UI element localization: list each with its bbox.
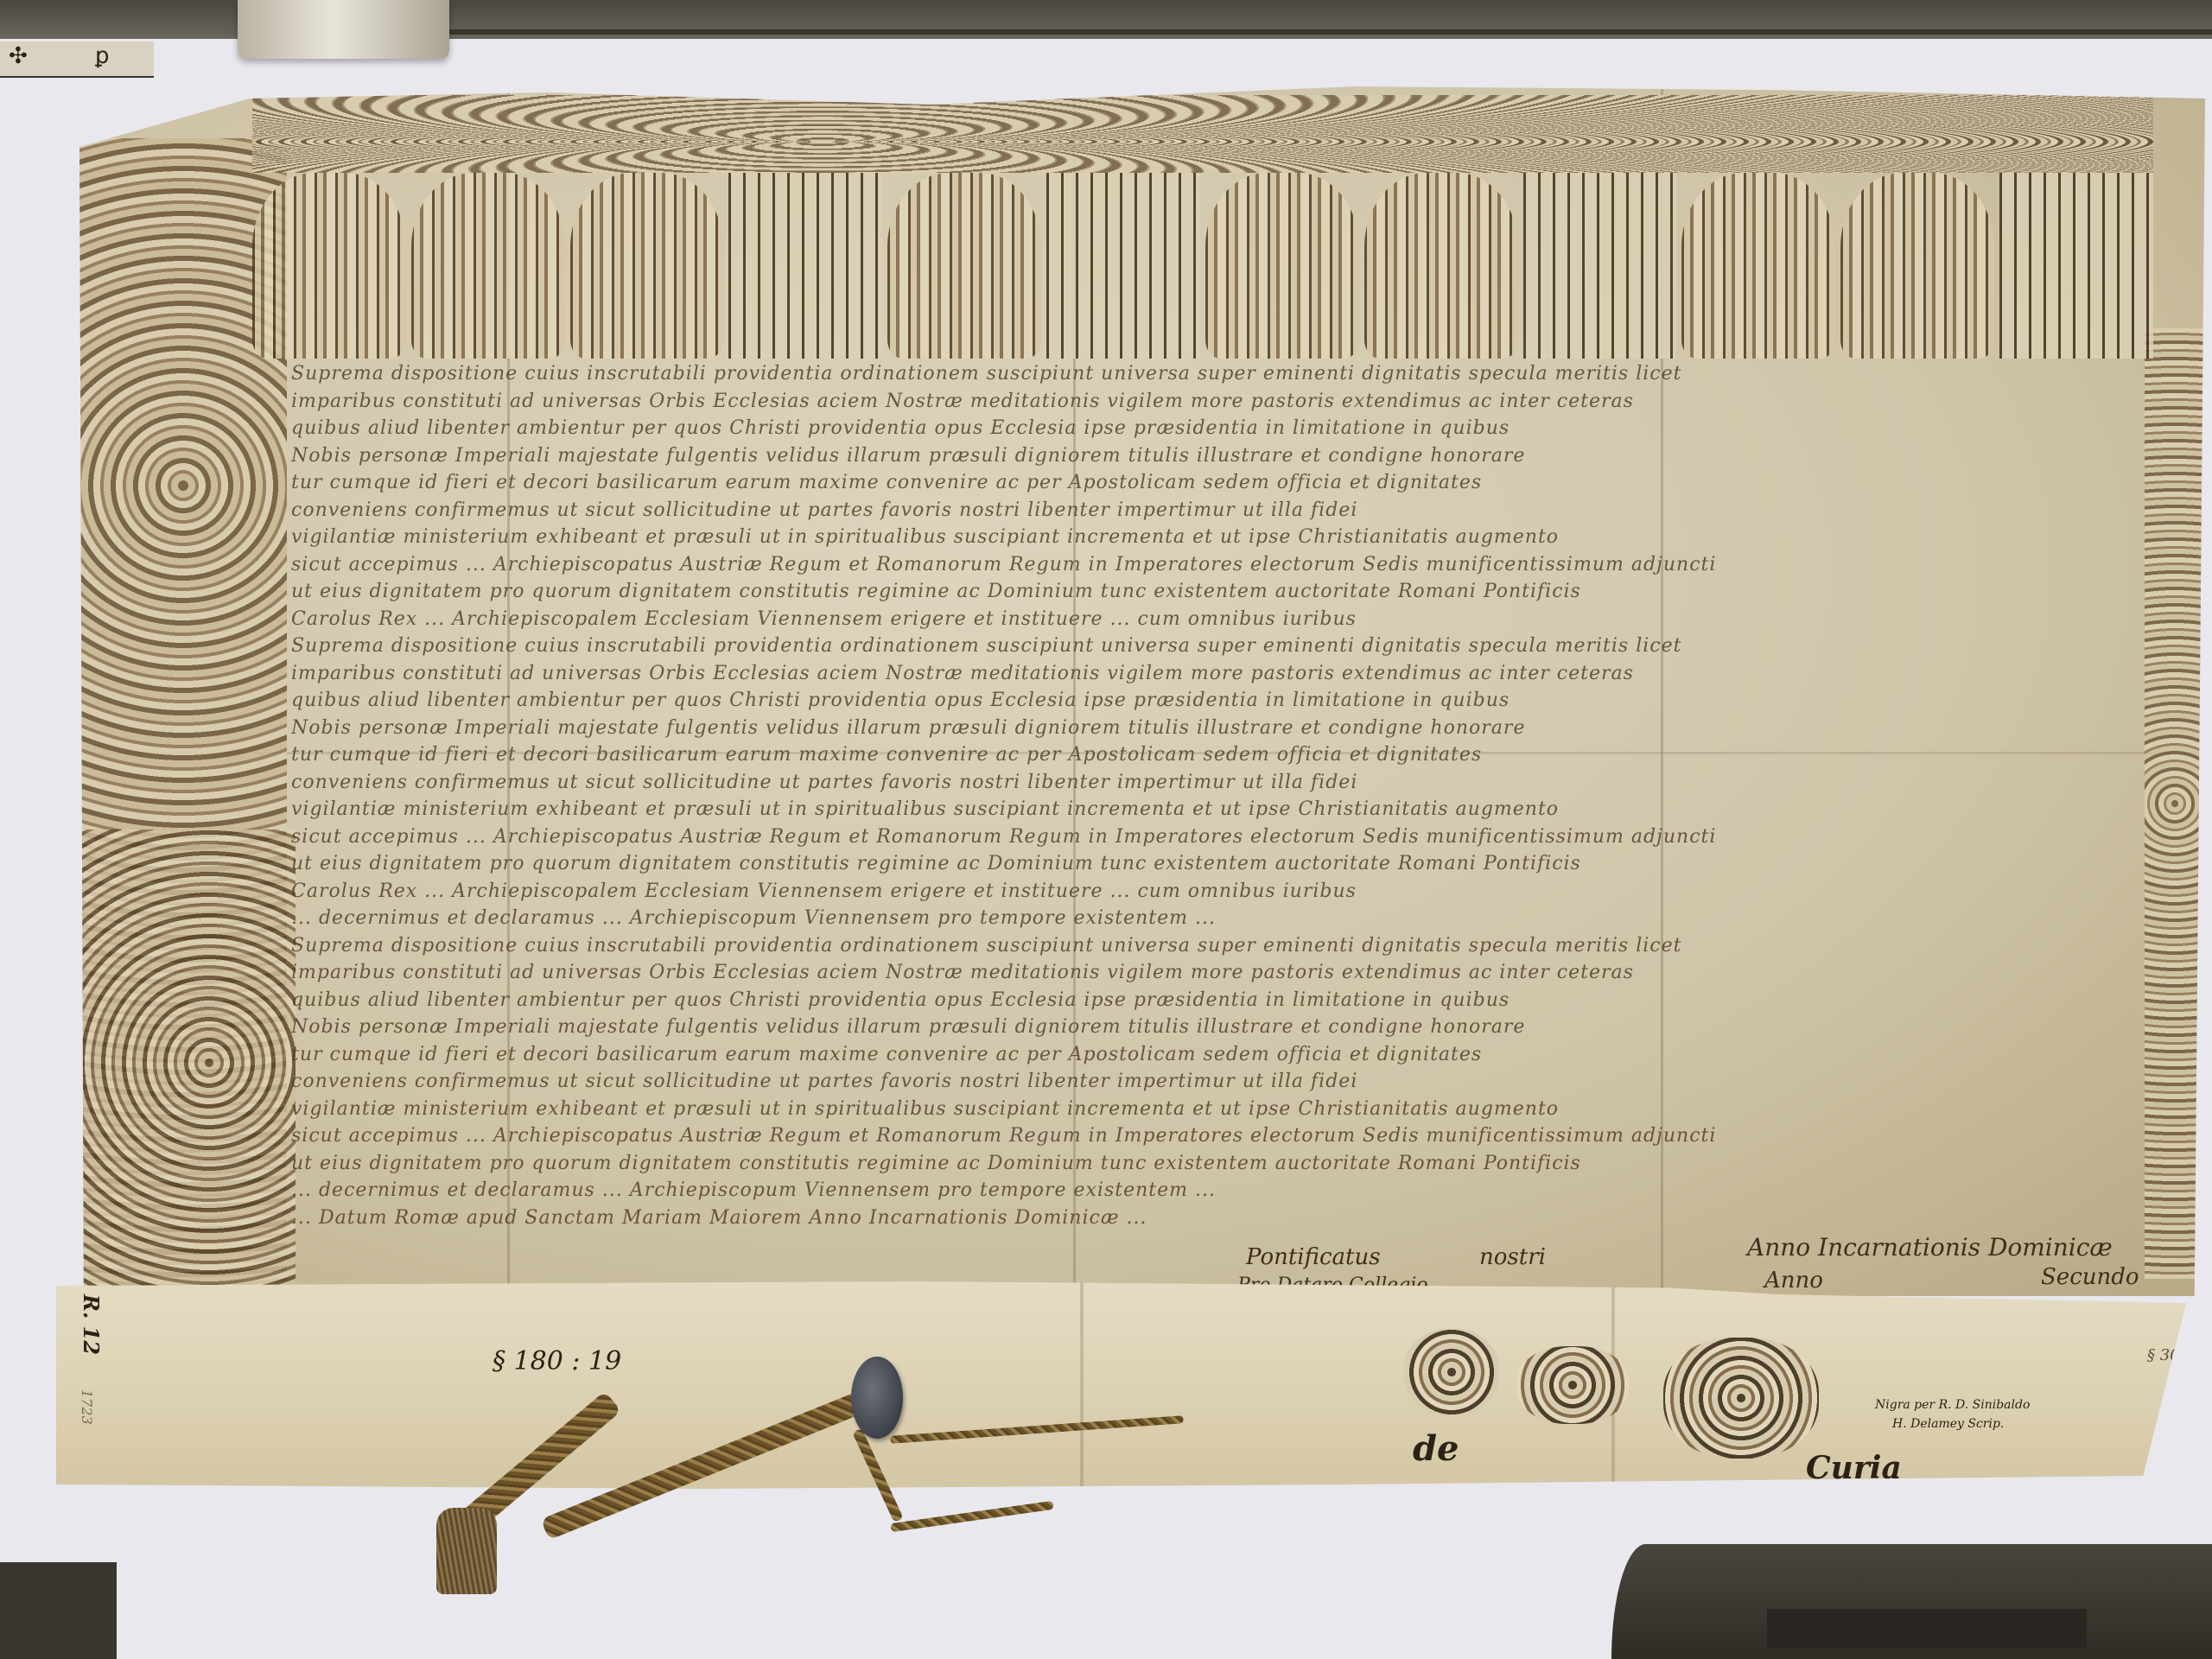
lead-seal — [851, 1357, 903, 1439]
ornamental-letter — [1840, 173, 1994, 359]
ornamental-initial — [411, 173, 565, 359]
text-line: Nobis personæ Imperiali majestate fulgen… — [291, 445, 2114, 473]
charter-text: Suprema dispositione cuius inscrutabili … — [291, 363, 2114, 1262]
text-line: ... decernimus et declaramus ... Archiep… — [291, 1179, 2114, 1207]
ornamental-letter — [570, 173, 724, 359]
text-line: imparibus constituti ad universas Orbis … — [291, 391, 2114, 418]
text-line: imparibus constituti ad universas Orbis … — [291, 962, 2114, 989]
decorated-left-border-lower — [79, 829, 296, 1296]
fold-line — [1080, 1277, 1084, 1493]
text-line: ut eius dignitatem pro quorum dignitatem… — [291, 853, 2114, 880]
parchment-charter: Suprema dispositione cuius inscrutabili … — [79, 86, 2205, 1296]
text-line: tur cumque id fieri et decori basilicaru… — [291, 1044, 2114, 1071]
adjacent-document-fragment: ✣ꝑ — [0, 41, 154, 78]
anno-incarnationis: Anno Incarnationis Dominicæ — [1747, 1233, 2113, 1262]
shelf-edge — [294, 29, 2212, 35]
cord-tassel — [436, 1508, 497, 1594]
ornamental-letter — [1681, 173, 1835, 359]
text-line: conveniens confirmemus ut sicut sollicit… — [291, 1071, 2114, 1098]
flourish-ornament — [1516, 1346, 1629, 1424]
ornamental-letter — [1364, 173, 1518, 359]
edge-annotation: R. 12 — [79, 1294, 104, 1355]
flourish-text-de: de — [1413, 1428, 1459, 1469]
text-line: quibus aliud libenter ambientur per quos… — [291, 417, 2114, 445]
shelf-bottom-right — [1611, 1544, 2212, 1659]
text-line: ut eius dignitatem pro quorum dignitatem… — [291, 1153, 2114, 1180]
text-line: Carolus Rex ... Archiepiscopalem Ecclesi… — [291, 608, 2114, 636]
elongated-letter — [1523, 173, 1677, 359]
shelf-bottom-left — [0, 1562, 117, 1659]
folio-mark: § 30 — [2147, 1346, 2180, 1364]
text-line: Suprema dispositione cuius inscrutabili … — [291, 635, 2114, 663]
text-line: Nobis personæ Imperiali majestate fulgen… — [291, 717, 2114, 745]
text-line: sicut accepimus ... Archiepiscopatus Aus… — [291, 1125, 2114, 1153]
ornamental-letter — [1205, 173, 1359, 359]
ornamental-letter — [887, 173, 1041, 359]
text-line: tur cumque id fieri et decori basilicaru… — [291, 744, 2114, 772]
text-line: ... Datum Romæ apud Sanctam Mariam Maior… — [291, 1207, 2114, 1235]
shelf-mark: § 180 : 19 — [493, 1346, 621, 1376]
plica-fold: de Curia § 180 : 19 R. 12 1723 § 30 Nigr… — [56, 1277, 2208, 1493]
text-line: sicut accepimus ... Archiepiscopatus Aus… — [291, 826, 2114, 854]
illuminated-header — [252, 95, 2153, 363]
pontificatus-word: Pontificatus — [1246, 1244, 1381, 1270]
metal-clip — [238, 0, 449, 59]
text-line: tur cumque id fieri et decori basilicaru… — [291, 472, 2114, 499]
text-line: conveniens confirmemus ut sicut sollicit… — [291, 772, 2114, 799]
text-line: sicut accepimus ... Archiepiscopatus Aus… — [291, 554, 2114, 582]
text-line: quibus aliud libenter ambientur per quos… — [291, 989, 2114, 1017]
text-line: imparibus constituti ad universas Orbis … — [291, 663, 2114, 690]
text-line: Nobis personæ Imperiali majestate fulgen… — [291, 1016, 2114, 1044]
elongated-letter — [1999, 173, 2153, 359]
text-line: ... decernimus et declaramus ... Archiep… — [291, 907, 2114, 935]
decorated-right-border — [2145, 328, 2205, 1279]
anno-word: Anno — [1764, 1268, 1823, 1294]
text-line: conveniens confirmemus ut sicut sollicit… — [291, 499, 2114, 527]
text-line: Suprema dispositione cuius inscrutabili … — [291, 935, 2114, 963]
decorated-title-letters — [252, 173, 2153, 359]
ornamental-initial — [252, 173, 406, 359]
text-line: Suprema dispositione cuius inscrutabili … — [291, 363, 2114, 391]
elongated-letter — [728, 173, 882, 359]
silk-cord — [890, 1501, 1054, 1532]
text-line: vigilantiæ ministerium exhibeant et præs… — [291, 1098, 2114, 1126]
registry-note-line2: H. Delamey Scrip. — [1892, 1417, 2004, 1431]
text-line: quibus aliud libenter ambientur per quos… — [291, 690, 2114, 717]
text-line: vigilantiæ ministerium exhibeant et præs… — [291, 526, 2114, 554]
text-line: vigilantiæ ministerium exhibeant et præs… — [291, 798, 2114, 826]
flourish-ornament — [1404, 1329, 1499, 1415]
text-line: Carolus Rex ... Archiepiscopalem Ecclesi… — [291, 880, 2114, 908]
text-line: ut eius dignitatem pro quorum dignitatem… — [291, 581, 2114, 608]
edge-annotation-faint: 1723 — [79, 1389, 95, 1425]
secundo-word: Secundo — [2041, 1264, 2139, 1290]
flourish-ornament — [1663, 1338, 1819, 1459]
nostri-word: nostri — [1479, 1244, 1546, 1270]
shelf-slot — [1767, 1609, 2087, 1648]
elongated-letter — [1046, 173, 1200, 359]
acanthus-foliage-band — [252, 95, 2153, 173]
registry-note-line1: Nigra per R. D. Sinibaldo — [1875, 1398, 2030, 1412]
flourish-text-curia: Curia — [1806, 1450, 1902, 1486]
